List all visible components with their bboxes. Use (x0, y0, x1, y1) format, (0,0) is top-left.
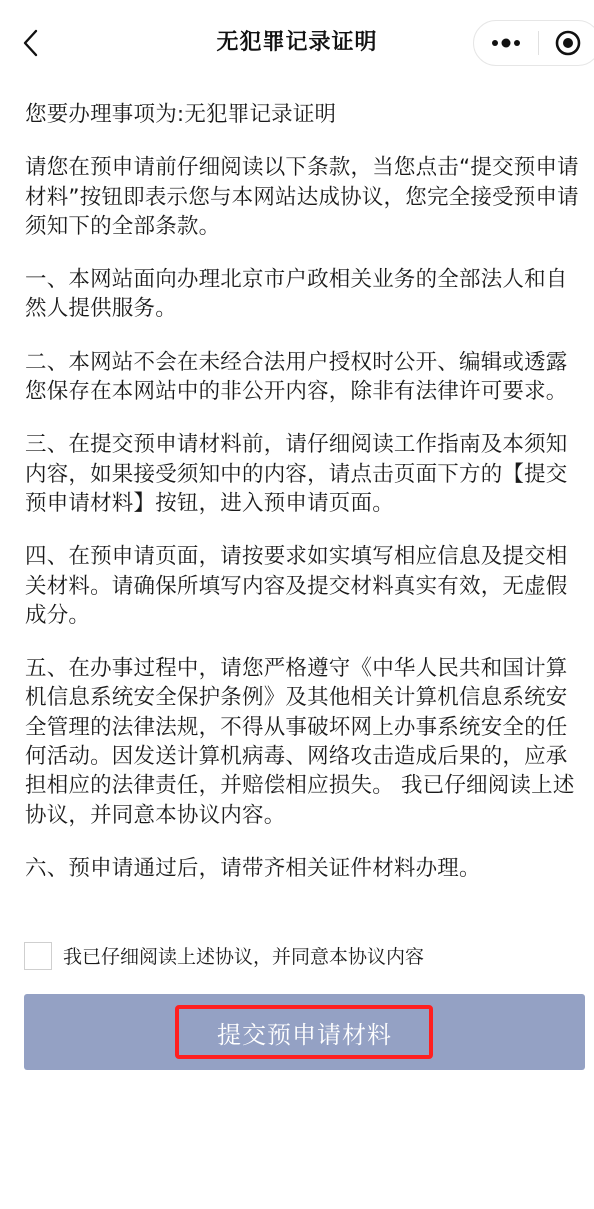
clause-5: 五、在办事过程中，请您严格遵守《中华人民共和国计算机信息系统安全保护条例》及其他… (25, 654, 581, 830)
submit-button-label: 提交预申请材料 (217, 1015, 392, 1050)
submit-preapplication-button[interactable]: 提交预申请材料 (24, 994, 585, 1070)
agreement-row: 我已仔细阅读上述协议，并同意本协议内容 (24, 942, 584, 972)
clause-3: 三、在提交预申请材料前，请仔细阅读工作指南及本须知内容，如果接受须知中的内容，请… (25, 430, 581, 518)
service-item-line: 您要办理事项为:无犯罪记录证明 (25, 100, 581, 129)
more-dots-icon (474, 21, 538, 65)
clause-4: 四、在预申请页面，请按要求如实填写相应信息及提交相关材料。请确保所填写内容及提交… (25, 542, 581, 630)
top-nav-bar: 无犯罪记录证明 (0, 0, 594, 88)
agreement-label[interactable]: 我已仔细阅读上述协议，并同意本协议内容 (63, 943, 424, 971)
agreement-checkbox[interactable] (24, 942, 52, 970)
clause-2: 二、本网站不会在未经合法用户授权时公开、编辑或透露您保存在本网站中的非公开内容，… (25, 348, 581, 407)
more-button[interactable] (474, 21, 538, 65)
mini-program-capsule (473, 20, 594, 66)
intro-paragraph: 请您在预申请前仔细阅读以下条款，当您点击“提交预申请材料”按钮即表示您与本网站达… (25, 153, 581, 241)
capsule-divider (538, 31, 539, 55)
notice-content: 您要办理事项为:无犯罪记录证明 请您在预申请前仔细阅读以下条款，当您点击“提交预… (25, 100, 581, 907)
target-close-icon (546, 21, 590, 65)
clause-6: 六、预申请通过后，请带齐相关证件材料办理。 (25, 854, 581, 883)
clause-1: 一、本网站面向办理北京市户政相关业务的全部法人和自然人提供服务。 (25, 265, 581, 324)
close-miniprogram-button[interactable] (546, 21, 590, 65)
